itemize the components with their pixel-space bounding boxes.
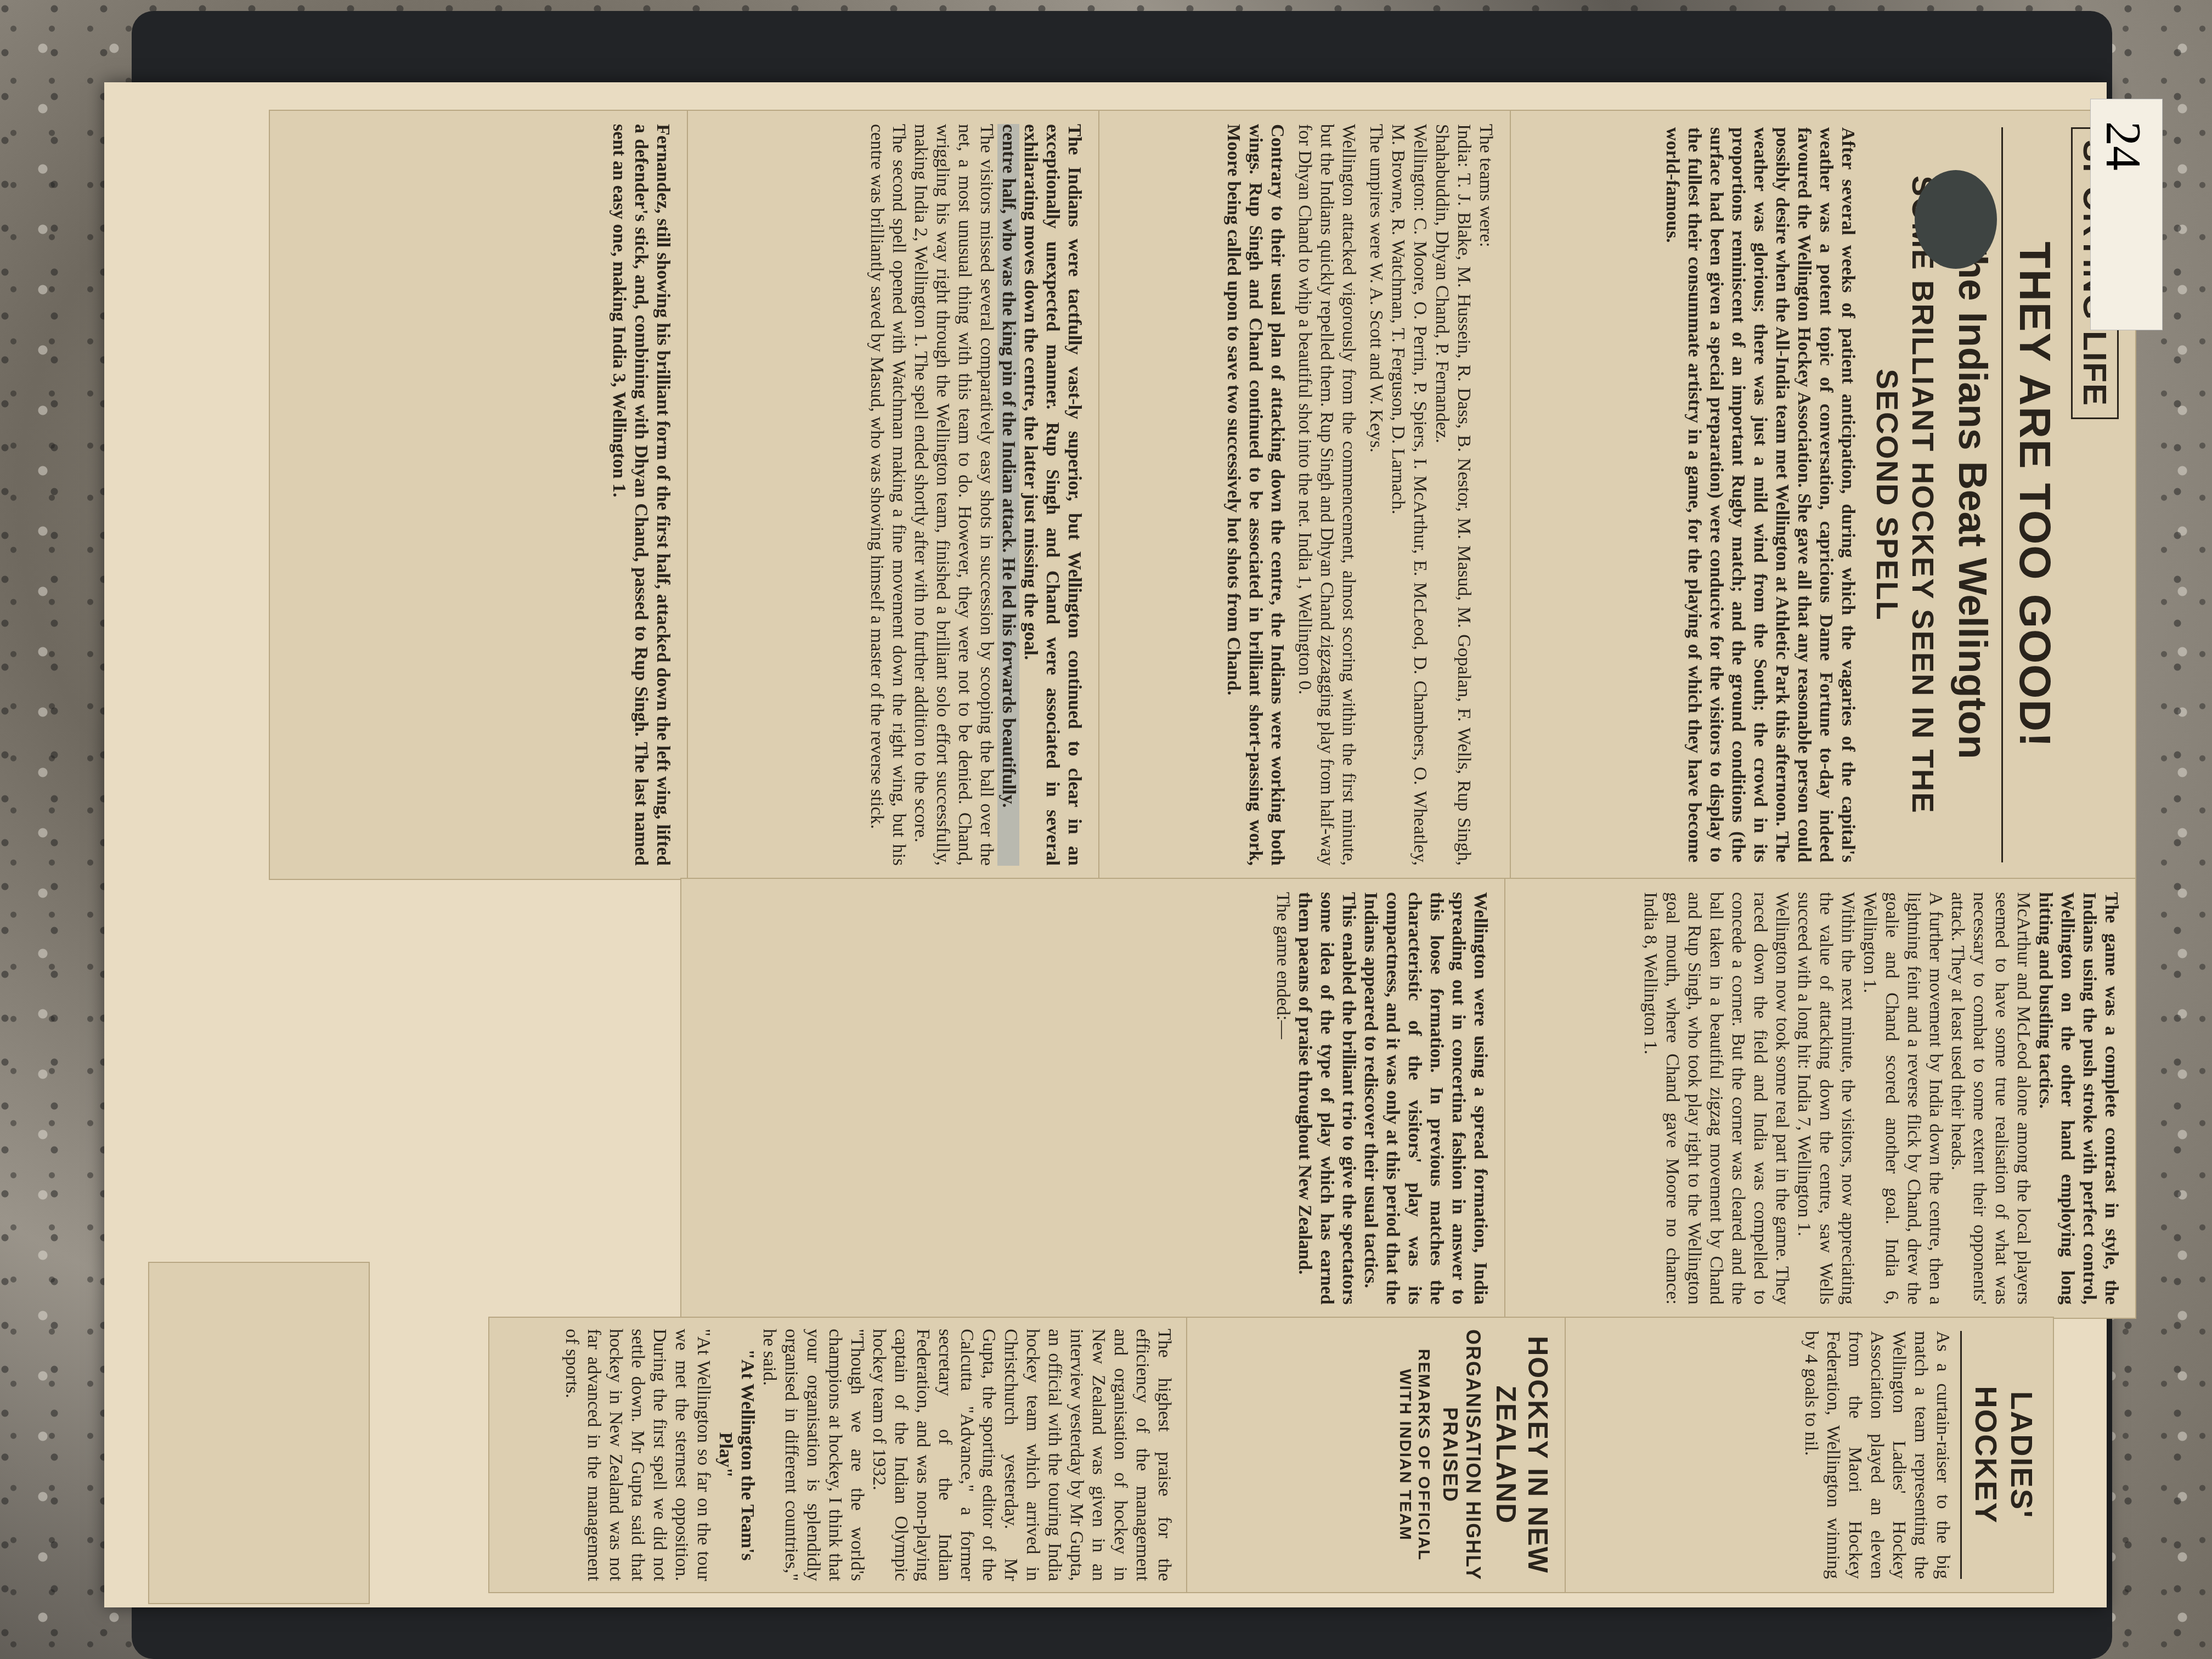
spread-formation-clipping: Wellington were using a spread formation… [680,878,1505,1319]
ladies-hockey-body: As a curtain-raiser to the big match a t… [1800,1331,1954,1579]
teams-column-clipping: The teams were: India: T. J. Blake, M. H… [1092,110,1511,880]
visitors-column-clipping: The Indians were tactfully vast-ly super… [680,110,1099,880]
hockey-nz-body-1: The highest praise for the efficiency of… [868,1329,1175,1581]
page-number: 24 [2095,121,2151,171]
bold-paragraph: Contrary to their usual plan of attackin… [1222,124,1288,866]
continuation-paragraph-3: Within the next minute, the visitors, no… [1793,892,1859,1305]
hockey-nz-headline: HOCKEY IN NEW ZEALAND [1490,1329,1554,1581]
fernandez-column-clipping: Fernandez, still showing his brilliant f… [269,110,688,880]
hockey-nz-deck: REMARKS OF OFFICIAL WITH INDIAN TEAM [1396,1329,1433,1581]
hockey-nz-body-3: "At Wellington so far on the tour we met… [561,1329,714,1581]
continuation-paragraph-1: McArthur and McLeod alone among the loca… [1946,892,2034,1305]
torn-hole [1915,170,1997,269]
bold-paragraph-3: Fernandez, still showing his brilliant f… [608,124,674,866]
bold-paragraph-2: The Indians were tactfully vast-ly super… [1019,124,1085,866]
game-ended-note: The game ended:— [1272,892,1294,1305]
kicker-headline: THEY ARE TOO GOOD! [2010,127,2060,862]
body-paragraph-2: The visitors missed several comparativel… [910,124,997,866]
highlighted-passage: centre half, who was the king pin of the… [997,124,1019,866]
scrapbook-page: SPORTING LIFE THEY ARE TOO GOOD! The Ind… [104,82,2107,1607]
hockey-nz-body-clipping: The highest praise for the efficiency of… [488,1317,1187,1593]
junior-championship-clipping: Morrison..9196187 JUNIOR CHAMPIONSHIP Bl… [148,1262,370,1604]
hockey-nz-subhead-2: "At Wellington the Team's Play" [714,1329,758,1581]
spread-formation-paragraph: Wellington were using a spread formation… [1359,892,1491,1305]
hockey-nz-body-2: "Though we are the world's champions at … [758,1329,868,1581]
hockey-nz-subheadline: ORGANISATION HIGHLY PRAISED [1438,1329,1485,1581]
ladies-hockey-headline: LADIES' HOCKEY [1968,1331,2040,1579]
continuation-paragraph-2: A further movement by India down the cen… [1859,892,1946,1305]
brilliant-trio-paragraph: This enabled the brilliant trio to give … [1294,892,1359,1305]
page-number-tab: 24 [2090,99,2163,330]
hockey-nz-clipping: HOCKEY IN NEW ZEALAND ORGANISATION HIGHL… [1180,1317,1566,1593]
body-paragraph-1: Wellington attacked vigorously from the … [1294,124,1359,866]
sub-headline: SOME BRILLIANT HOCKEY SEEN IN THE SECOND… [1870,171,1941,819]
contrast-paragraph: The game was a complete contrast in styl… [2034,892,2122,1305]
lead-paragraph: After several weeks of patient anticipat… [1661,127,1859,862]
teams-india: India: T. J. Blake, M. Hussein, R. Dass,… [1431,124,1475,866]
body-paragraph-3: The second spell opened with Watchman ma… [866,124,910,866]
continuation-paragraph-4: Wellington now took some real part in th… [1639,892,1793,1305]
teams-wellington: Wellington: C. Moore, O. Perrin, P. Spie… [1387,124,1431,866]
ladies-hockey-clipping: LADIES' HOCKEY As a curtain-raiser to th… [1558,1317,2054,1593]
teams-heading: The teams were: [1475,124,1497,866]
continuation-column-clipping: The game was a complete contrast in styl… [1503,878,2136,1319]
main-article-clipping: SPORTING LIFE THEY ARE TOO GOOD! The Ind… [1503,110,2136,880]
umpires: The umpires were W. A. Scott and W. Keys… [1365,124,1387,866]
